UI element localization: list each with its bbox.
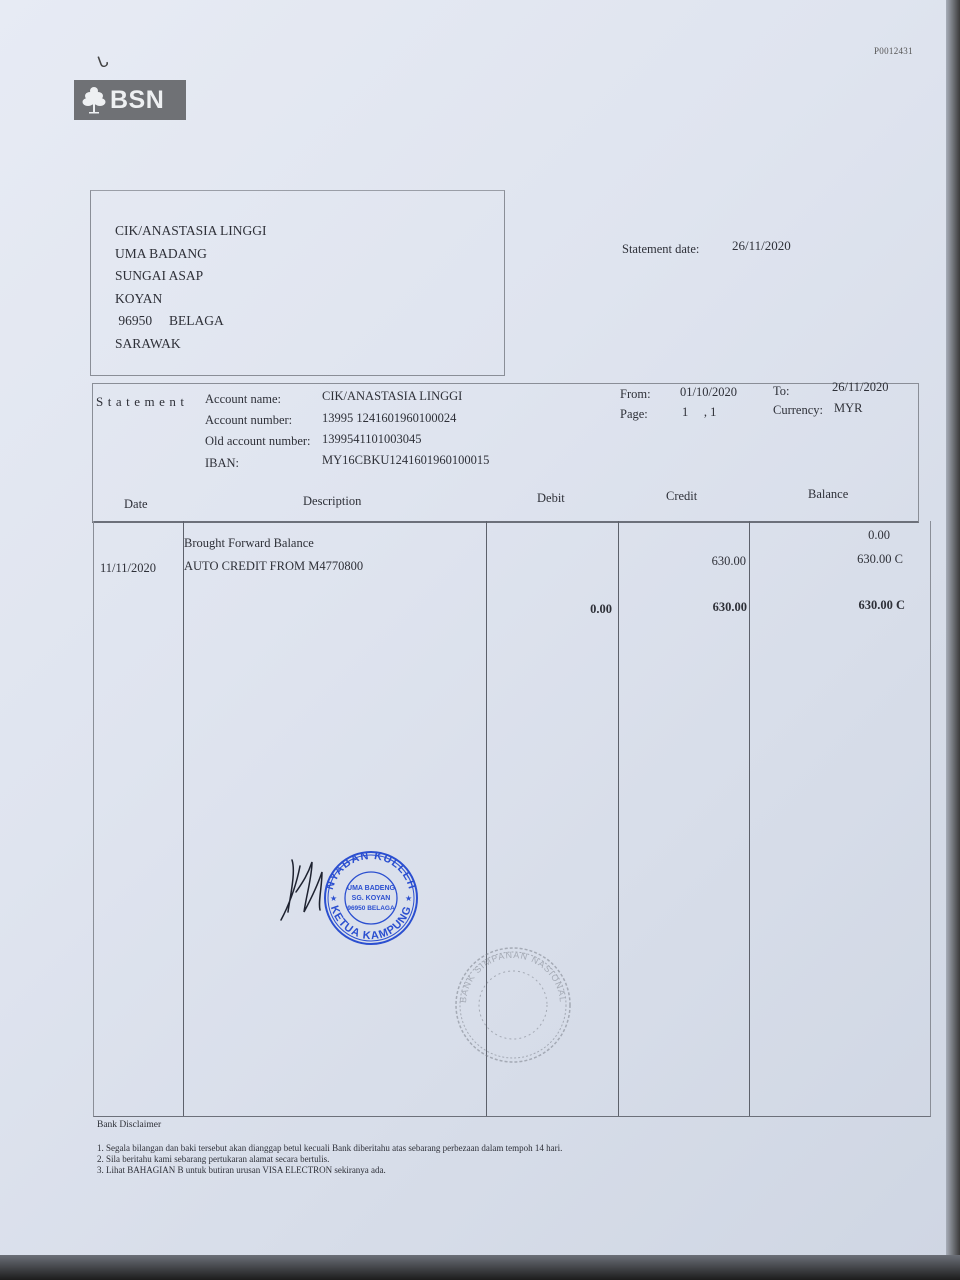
page-number: 1 , 1: [682, 405, 716, 420]
statement-date: 26/11/2020: [732, 238, 791, 254]
disclaimer-list: 1. Segala bilangan dan baki tersebut aka…: [97, 1143, 562, 1176]
address-line: SARAWAK: [115, 333, 267, 356]
reference-code: P0012431: [874, 46, 913, 56]
column-header-balance: Balance: [808, 487, 848, 502]
to-date: 26/11/2020: [832, 380, 888, 395]
address-line: CIK/ANASTASIA LINGGI: [115, 220, 267, 243]
background-edge-bottom: [0, 1255, 960, 1280]
account-number: 13995 1241601960100024: [322, 411, 456, 426]
page-label: Page:: [620, 407, 648, 422]
currency-label: Currency:: [773, 403, 823, 418]
table-row-balance: 0.00: [800, 528, 890, 543]
address-line: KOYAN: [115, 288, 267, 311]
disclaimer-item: 2. Sila beritahu kami sebarang pertukara…: [97, 1154, 562, 1165]
disclaimer-item: 3. Lihat BAHAGIAN B untuk butiran urusan…: [97, 1165, 562, 1176]
column-header-debit: Debit: [537, 491, 565, 506]
svg-text:BANK SIMPANAN NASIONAL: BANK SIMPANAN NASIONAL: [458, 950, 568, 1003]
column-divider: [183, 521, 184, 1116]
account-name: CIK/ANASTASIA LINGGI: [322, 389, 462, 404]
svg-text:UMA BADENG: UMA BADENG: [347, 885, 396, 892]
logo-text: BSN: [110, 86, 164, 115]
table-row-balance: 630.00 C: [800, 552, 903, 567]
total-debit: 0.00: [520, 602, 612, 617]
table-row-date: 11/11/2020: [100, 561, 156, 576]
mailing-address: CIK/ANASTASIA LINGGI UMA BADANG SUNGAI A…: [115, 220, 267, 356]
total-credit: 630.00: [650, 600, 747, 615]
background-edge: [946, 0, 960, 1280]
from-date: 01/10/2020: [680, 385, 737, 400]
disclaimer-item: 1. Segala bilangan dan baki tersebut aka…: [97, 1143, 562, 1154]
column-divider: [618, 521, 619, 1116]
table-row-description: AUTO CREDIT FROM M4770800: [184, 559, 363, 574]
bsn-logo: BSN: [74, 80, 186, 120]
table-row-description: Brought Forward Balance: [184, 536, 314, 551]
column-divider: [749, 521, 750, 1116]
bank-stamp-icon: BANK SIMPANAN NASIONAL: [448, 945, 578, 1065]
column-header-description: Description: [303, 494, 361, 509]
address-line: SUNGAI ASAP: [115, 265, 267, 288]
svg-text:★: ★: [405, 894, 412, 903]
svg-text:SG. KOYAN: SG. KOYAN: [352, 895, 391, 902]
from-label: From:: [620, 387, 651, 402]
address-line: UMA BADANG: [115, 243, 267, 266]
iban: MY16CBKU1241601960100015: [322, 453, 489, 468]
old-account-number: 1399541101003045: [322, 432, 422, 447]
disclaimer-title: Bank Disclaimer: [97, 1120, 161, 1130]
to-label: To:: [773, 384, 790, 399]
svg-text:★: ★: [330, 894, 337, 903]
column-header-credit: Credit: [666, 489, 697, 504]
svg-text:96950 BELAGA: 96950 BELAGA: [347, 905, 395, 912]
village-head-stamp-icon: NYABAN KULLEH KETUA KAMPUNG UMA BADENG S…: [318, 850, 424, 946]
old-account-number-label: Old account number:: [205, 434, 311, 449]
tree-logo-icon: [82, 85, 106, 115]
iban-label: IBAN:: [205, 456, 239, 471]
statement-date-label: Statement date:: [622, 242, 699, 257]
address-line: 96950 BELAGA: [115, 310, 267, 333]
account-number-label: Account number:: [205, 413, 292, 428]
currency: MYR: [834, 401, 862, 416]
statement-title: Statement: [96, 394, 189, 410]
account-name-label: Account name:: [205, 392, 281, 407]
table-row-credit: 630.00: [650, 554, 746, 569]
column-header-date: Date: [124, 497, 148, 512]
total-balance: 630.00 C: [800, 598, 905, 613]
